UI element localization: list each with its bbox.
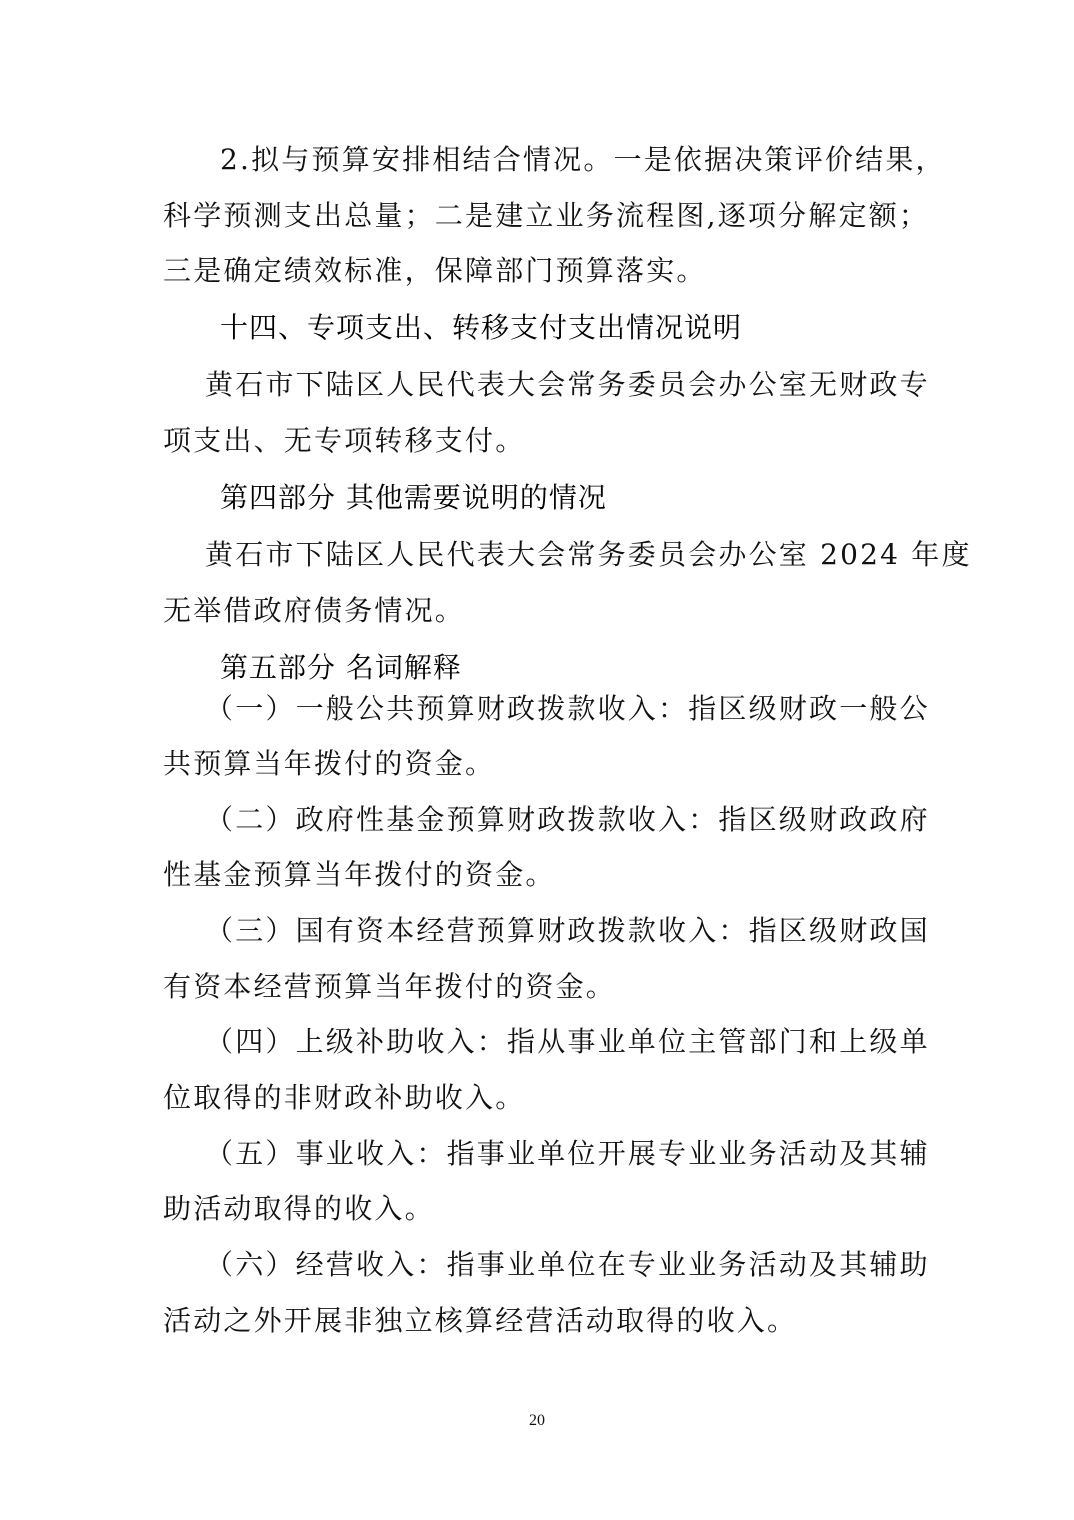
paragraph-line: （二）政府性基金预算财政拨款收入：指区级财政政府 xyxy=(205,802,930,838)
section-heading: 十四、专项支出、转移支付支出情况说明 xyxy=(220,310,742,346)
paragraph-line: 共预算当年拨付的资金。 xyxy=(163,746,495,782)
section-heading: 第四部分 其他需要说明的情况 xyxy=(220,480,607,516)
paragraph-line: （五）事业收入：指事业单位开展专业业务活动及其辅 xyxy=(205,1136,930,1172)
paragraph-line: 无举借政府债务情况。 xyxy=(163,593,465,629)
paragraph-line: （四）上级补助收入：指从事业单位主管部门和上级单 xyxy=(205,1024,930,1060)
paragraph-line: 黄石市下陆区人民代表大会常务委员会办公室无财政专 xyxy=(205,367,930,403)
paragraph-line: （三）国有资本经营预算财政拨款收入：指区级财政国 xyxy=(205,913,930,949)
paragraph-line: 助活动取得的收入。 xyxy=(163,1191,435,1227)
page-number: 20 xyxy=(0,1412,1074,1430)
section-heading: 第五部分 名词解释 xyxy=(220,650,462,686)
paragraph-line: （一）一般公共预算财政拨款收入：指区级财政一般公 xyxy=(205,691,930,727)
paragraph-line: 科学预测支出总量；二是建立业务流程图,逐项分解定额； xyxy=(163,198,929,234)
paragraph-line: （六）经营收入：指事业单位在专业业务活动及其辅助 xyxy=(205,1247,930,1283)
paragraph-line: 位取得的非财政补助收入。 xyxy=(163,1080,525,1116)
paragraph-line: 黄石市下陆区人民代表大会常务委员会办公室 2024 年度 xyxy=(205,537,972,573)
paragraph-line: 活动之外开展非独立核算经营活动取得的收入。 xyxy=(163,1303,797,1339)
document-page: 2.拟与预算安排相结合情况。一是依据决策评价结果，科学预测支出总量；二是建立业务… xyxy=(0,0,1074,1520)
paragraph-line: 2.拟与预算安排相结合情况。一是依据决策评价结果， xyxy=(220,142,946,178)
paragraph-line: 性基金预算当年拨付的资金。 xyxy=(163,857,556,893)
paragraph-line: 三是确定绩效标准，保障部门预算落实。 xyxy=(163,253,707,289)
paragraph-line: 项支出、无专项转移支付。 xyxy=(163,423,525,459)
paragraph-line: 有资本经营预算当年拨付的资金。 xyxy=(163,969,616,1005)
